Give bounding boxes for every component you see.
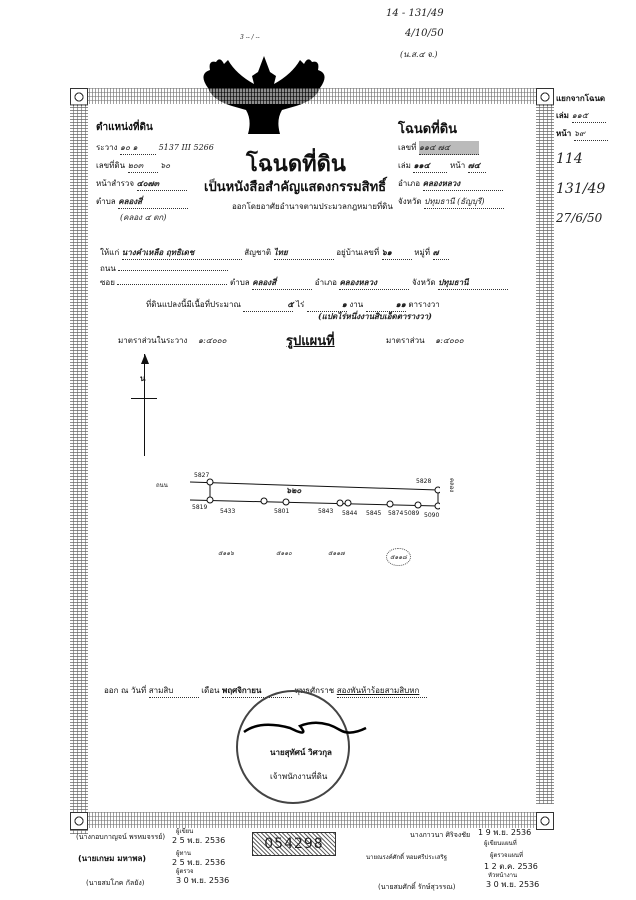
handwritten-note-1: 114 [556,151,636,167]
right-border-band [536,104,554,804]
writer-name: (นางกอบกาญจน์ พรหมจรรย์) [76,832,165,843]
corner-ornament-icon [536,812,554,830]
date-note: 4/10/50 [405,28,444,39]
address-line: ซอย ตำบล คลองสี่ อำเภอ คลองหลวง จังหวัด … [100,276,530,290]
adjacent-label-1: ๕๑๑๖ [218,548,234,558]
corner-ornament-icon [70,812,88,830]
map-writer-name: นางภาวนา ศิริจงชัย [410,830,470,841]
officer-title: เจ้าพนักงานที่ดิน [270,770,327,783]
adjacent-label-3: ๕๑๑๗ [328,548,345,558]
case-reference-note: 14 - 131/49 [386,8,444,19]
deed-heading: โฉนดที่ดิน [398,118,536,139]
land-position-heading: ตำแหน่งที่ดิน [96,120,256,135]
road-line: ถนน [100,262,228,275]
inspector-date: 3 0 พ.ย. 2536 [176,874,229,887]
section-head-date: 3 0 พ.ย. 2536 [486,878,539,891]
stamp-scribble: 3 -- / -- [240,34,260,41]
handwritten-note-3: 27/6/50 [556,211,636,225]
area-in-words: (แปดไร่หนึ่งงานสิบเอ็ดตารางวา) [318,310,432,323]
deed-number-row: เลขที่ ๑๑๔ ๗๔ [398,141,536,155]
province-row: จังหวัด ปทุมธานี (ธัญบุรี) [398,195,536,209]
canal-label: คลอง [446,478,456,492]
issued-by-line: ออกโดยอาศัยอำนาจตามประมวลกฎหมายที่ดิน [232,200,393,213]
owner-line: ให้แก่ นางคำเหลือ ฤทธิเดช สัญชาติ ไทย อย… [100,246,530,260]
bottom-border-band [86,812,536,828]
serial-number: 054298 [252,832,336,856]
amphoe-row: อำเภอ คลองหลวง [398,177,536,191]
split-page-row: หน้า ๖๙ [556,127,636,141]
writer-date: 2 5 พ.ย. 2536 [172,834,225,847]
map-writer-date: 1 9 พ.ย. 2536 [478,826,531,839]
road-label: ถนน [156,480,168,490]
reviewer-name: (นายเกษม มหาพล) [78,852,146,865]
split-book-row: เล่ม ๑๑๕ [556,109,636,123]
officer-name: นายสุทัศน์ วิศวกุล [270,746,332,759]
adjacent-label-2: ๕๑๑๐ [276,548,292,558]
map-inspector-name: นายณรงค์ศักดิ์ หอมศรีประเสริฐ [366,852,447,862]
inspector-name: (นายสมโภค กัลยัง) [86,878,145,889]
map-writer-role: ผู้เขียนแผนที่ [484,838,517,848]
adjacent-label-4: ๕๑๑๘ [386,548,411,566]
form-code: (น.ส.๔ จ.) [400,48,438,61]
map-inspector-role: ผู้ตรวจแผนที่ [490,850,523,860]
split-from-heading: แยกจากโฉนด [556,92,636,105]
parcel-map: ๖๒๐ 5827 5828 5819 5433 5801 5843 5844 5… [190,470,440,530]
section-head-name: (นายสมศักดิ์ รักษ์สุวรรณ) [378,882,455,893]
area-mark: ๖๒๐ [286,484,301,497]
left-border-band [70,104,88,834]
owner-name: นางคำเหลือ ฤทธิเดช [122,246,242,260]
document-subtitle: เป็นหนังสือสำคัญแสดงกรรมสิทธิ์ [204,176,386,197]
deed-info-block: โฉนดที่ดิน เลขที่ ๑๑๔ ๗๔ เล่ม ๑๑๔ หน้า ๗… [398,118,536,209]
map-scale: มาตราส่วน ๑:๔๐๐๐ [386,334,464,347]
split-from-block: แยกจากโฉนด เล่ม ๑๑๕ หน้า ๖๙ 114 131/49 2… [556,92,636,225]
parcel-outline [190,470,440,530]
deed-book-row: เล่ม ๑๑๔ หน้า ๗๔ [398,159,536,173]
sheet-row: ระวาง ๑๐ ๑ 5137 III 5266 [96,141,256,155]
parcel-number-row: เลขที่ดิน ๒๐๓ ๖๐ [96,159,256,173]
grid-scale: มาตราส่วนในระวาง ๑:๔๐๐๐ [118,334,226,347]
officer-signature [240,718,370,742]
top-border-band [86,88,536,104]
handwritten-note-2: 131/49 [556,181,636,197]
map-heading: รูปแผนที่ [286,330,335,351]
